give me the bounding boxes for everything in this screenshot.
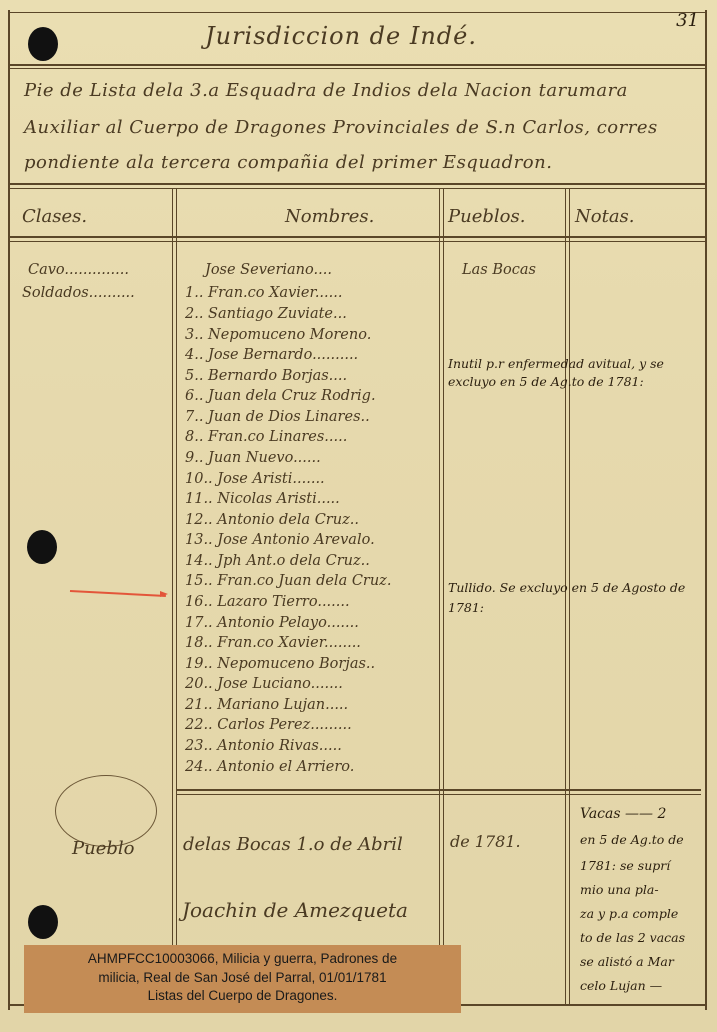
vacancy-line: en 5 de Ag.to de [580,832,684,847]
frame-left [8,10,10,1010]
binding-hole-bottom [28,905,58,939]
frame-right [705,10,707,1010]
column-header-pueblos: Pueblos. [448,206,525,227]
binding-hole-top [28,27,58,61]
soldier-row: 2.. Santiago Zuviate... [185,306,347,327]
caption-line-3: Listas del Cuerpo de Dragones. [24,987,461,1006]
vacancy-line: za y p.a comple [580,906,678,921]
soldier-row: 22.. Carlos Perez......... [185,717,352,738]
footer-place-label: Pueblo [72,838,134,859]
vacancy-line: Vacas —— 2 [580,806,666,822]
heading-line-1: Pie de Lista dela 3.a Esquadra de Indios… [24,80,628,101]
colhead-rule [8,236,707,238]
decorative-flourish [55,775,157,847]
frame-top [8,12,707,13]
title-rule [8,64,707,66]
soldier-row: 20.. Jose Luciano....... [185,676,343,697]
soldier-row: 15.. Fran.co Juan dela Cruz. [185,573,391,594]
soldier-row: 4.. Jose Bernardo.......... [185,347,358,368]
col-divider-2 [439,188,440,1004]
soldier-row: 7.. Juan de Dios Linares.. [185,409,370,430]
caption-line-1: AHMPFCC10003066, Milicia y guerra, Padro… [24,950,461,969]
caption-line-2: milicia, Real de San José del Parral, 01… [24,969,461,988]
cabo-name: Jose Severiano.... [205,262,332,278]
archive-caption: AHMPFCC10003066, Milicia y guerra, Padro… [24,945,461,1013]
col-divider-2b [443,188,444,1004]
signature: Joachin de Amezqueta [182,898,408,922]
soldier-row: 13.. Jose Antonio Arevalo. [185,532,375,553]
highlight-arrow-head-icon [160,591,168,597]
heading-line-2: Auxiliar al Cuerpo de Dragones Provincia… [24,117,658,138]
soldier-row: 17.. Antonio Pelayo....... [185,615,359,636]
col-divider-1 [172,188,173,1004]
column-header-clases: Clases. [22,206,87,227]
soldier-row: 14.. Jph Ant.o dela Cruz.. [185,553,370,574]
soldier-row: 10.. Jose Aristi....... [185,471,325,492]
vacancy-line: 1781: se suprí [580,858,670,873]
class-cabo: Cavo.............. [28,262,129,278]
footer-year: de 1781. [450,832,521,851]
heading-rule-2 [8,188,707,189]
heading-rule [8,183,707,185]
binding-hole-middle [27,530,57,564]
vacancy-line: se alistó a Mar [580,954,674,969]
soldier-row: 21.. Mariano Lujan..... [185,697,348,718]
soldier-row: 24.. Antonio el Arriero. [185,759,354,780]
vacancy-line: celo Lujan — [580,978,662,993]
soldier-row: 11.. Nicolas Aristi..... [185,491,340,512]
class-soldados: Soldados.......... [22,285,135,301]
soldier-row: 18.. Fran.co Xavier........ [185,635,361,656]
highlight-arrow [70,590,166,597]
folio-number: 31 [676,10,699,31]
col-divider-1b [176,188,177,1004]
note-row-5: Inutil p.r enfermedad avitual, y se excl… [448,355,703,391]
cabo-pueblo: Las Bocas [462,262,536,278]
soldier-row: 12.. Antonio dela Cruz.. [185,512,359,533]
note-row-16: Tullido. Se excluyo en 5 de Agosto de 17… [448,578,703,618]
soldier-row: 9.. Juan Nuevo...... [185,450,321,471]
heading-line-3: pondiente ala tercera compañia del prime… [24,152,552,173]
page-title: Jurisdiccion de Indé. [205,22,477,50]
soldier-row: 8.. Fran.co Linares..... [185,429,347,450]
soldier-row: 5.. Bernardo Borjas.... [185,368,347,389]
column-header-notas: Notas. [575,206,635,227]
soldier-row: 3.. Nepomuceno Moreno. [185,327,371,348]
column-header-nombres: Nombres. [285,206,374,227]
vacancy-line: mio una pla- [580,882,659,897]
soldier-row: 23.. Antonio Rivas..... [185,738,342,759]
document-page: Jurisdiccion de Indé. 31 Pie de Lista de… [0,0,717,1032]
title-rule-2 [8,68,707,69]
soldier-row-highlighted: 16.. Lazaro Tierro....... [185,594,350,615]
soldier-row: 19.. Nepomuceno Borjas.. [185,656,375,677]
soldier-row: 1.. Fran.co Xavier...... [185,285,342,306]
soldier-row: 6.. Juan dela Cruz Rodrig. [185,388,376,409]
footer-place-date: delas Bocas 1.o de Abril [183,834,403,855]
vacancy-line: to de las 2 vacas [580,930,685,945]
colhead-rule-2 [8,241,707,242]
